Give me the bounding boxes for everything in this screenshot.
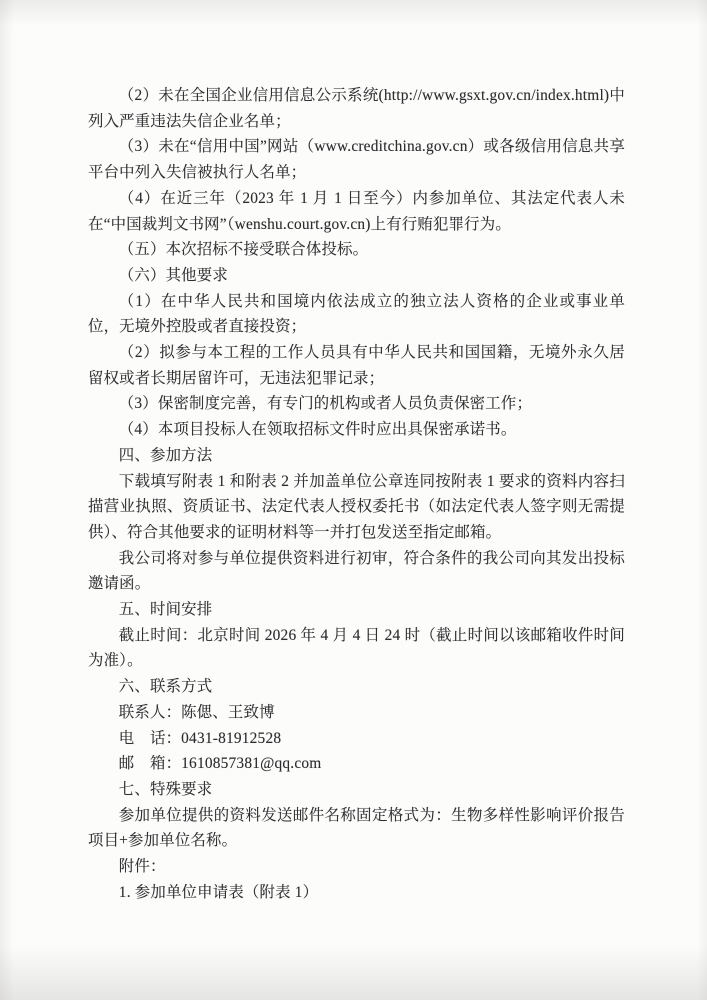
paragraph: 参加单位提供的资料发送邮件名称固定格式为：生物多样性影响评价报告项目+参加单位名… [88,803,625,854]
paragraph: （1）在中华人民共和国境内依法成立的独立法人资格的企业或事业单位，无境外控股或者… [88,289,625,340]
scanned-document-page: （2）未在全国企业信用信息公示系统(http://www.gsxt.gov.cn… [0,0,707,1000]
paragraph: （2）拟参与本工程的工作人员具有中华人民共和国国籍，无境外永久居留权或者长期居留… [88,340,625,391]
paragraph: 六、联系方式 [88,674,625,700]
scan-shadow-right [697,0,707,1000]
paragraph: 七、特殊要求 [88,777,625,803]
document-body: （2）未在全国企业信用信息公示系统(http://www.gsxt.gov.cn… [88,83,625,906]
paragraph: 联系人：陈偲、王致博 [88,700,625,726]
paragraph: （4）在近三年（2023 年 1 月 1 日至今）内参加单位、其法定代表人未在“… [88,186,625,237]
scan-shadow-top [0,0,707,26]
paragraph: 五、时间安排 [88,597,625,623]
paragraph: （2）未在全国企业信用信息公示系统(http://www.gsxt.gov.cn… [88,83,625,134]
paragraph: 邮 箱：1610857381@qq.com [88,751,625,777]
paragraph: 1. 参加单位申请表（附表 1） [88,880,625,906]
paragraph: 截止时间：北京时间 2026 年 4 月 4 日 24 时（截止时间以该邮箱收件… [88,623,625,674]
scan-shadow-left [0,0,14,1000]
paragraph: （五）本次招标不接受联合体投标。 [88,237,625,263]
paragraph: （六）其他要求 [88,263,625,289]
scan-shadow-bottom [0,945,707,1000]
paragraph: 电 话：0431-81912528 [88,726,625,752]
paragraph: 四、参加方法 [88,443,625,469]
paragraph: （3）未在“信用中国”网站（www.creditchina.gov.cn）或各级… [88,134,625,185]
paragraph: （3）保密制度完善，有专门的机构或者人员负责保密工作； [88,391,625,417]
paragraph: （4）本项目投标人在领取招标文件时应出具保密承诺书。 [88,417,625,443]
paragraph: 下载填写附表 1 和附表 2 并加盖单位公章连同按附表 1 要求的资料内容扫描营… [88,469,625,546]
paragraph: 附件： [88,854,625,880]
paragraph: 我公司将对参与单位提供资料进行初审，符合条件的我公司向其发出投标邀请函。 [88,546,625,597]
